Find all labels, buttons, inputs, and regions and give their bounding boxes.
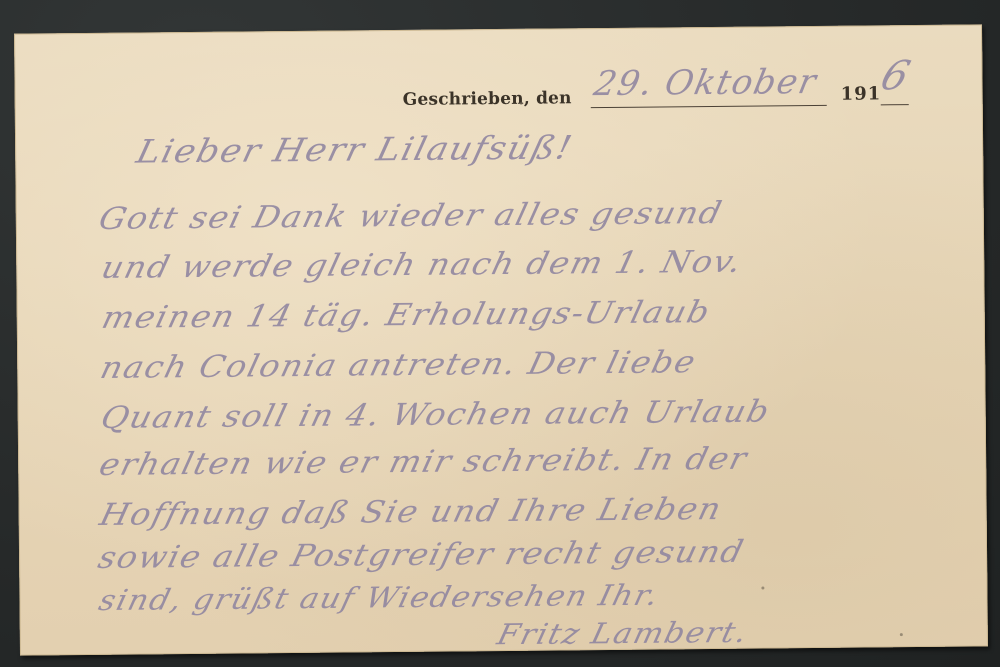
- body-line: erhalten wie er mir schreibt. In der: [96, 440, 752, 482]
- body-line: Hoffnung daß Sie und Ihre Lieben: [96, 490, 726, 532]
- paper-speck: [900, 633, 903, 636]
- date-underline: [591, 105, 827, 108]
- handwritten-date: 29. Oktober: [590, 62, 820, 104]
- body-line: und werde gleich nach dem 1. Nov.: [98, 243, 746, 285]
- printed-date-label: Geschrieben, den: [403, 88, 572, 110]
- printed-year-prefix: 191: [841, 83, 882, 104]
- paper-speck: [761, 586, 764, 589]
- handwritten-year-digit: 6: [875, 53, 916, 99]
- body-line: Quant soll in 4. Wochen auch Urlaub: [97, 393, 774, 435]
- signature: Fritz Lambert.: [494, 616, 752, 652]
- body-line: sowie alle Postgreifer recht gesund: [95, 533, 748, 575]
- postcard: Geschrieben, den 29. Oktober 191 6 Liebe…: [14, 24, 988, 655]
- body-line: nach Colonia antreten. Der liebe: [97, 344, 700, 386]
- salutation-line: Lieber Herr Lilaufsüß!: [133, 130, 577, 171]
- closing-line: sind, grüßt auf Wiedersehen Ihr.: [96, 579, 663, 618]
- paper-speck: [520, 102, 523, 105]
- body-line: meinen 14 täg. Erholungs-Urlaub: [98, 294, 714, 336]
- year-underline: [881, 104, 909, 105]
- body-line: Gott sei Dank wieder alles gesund: [96, 194, 727, 236]
